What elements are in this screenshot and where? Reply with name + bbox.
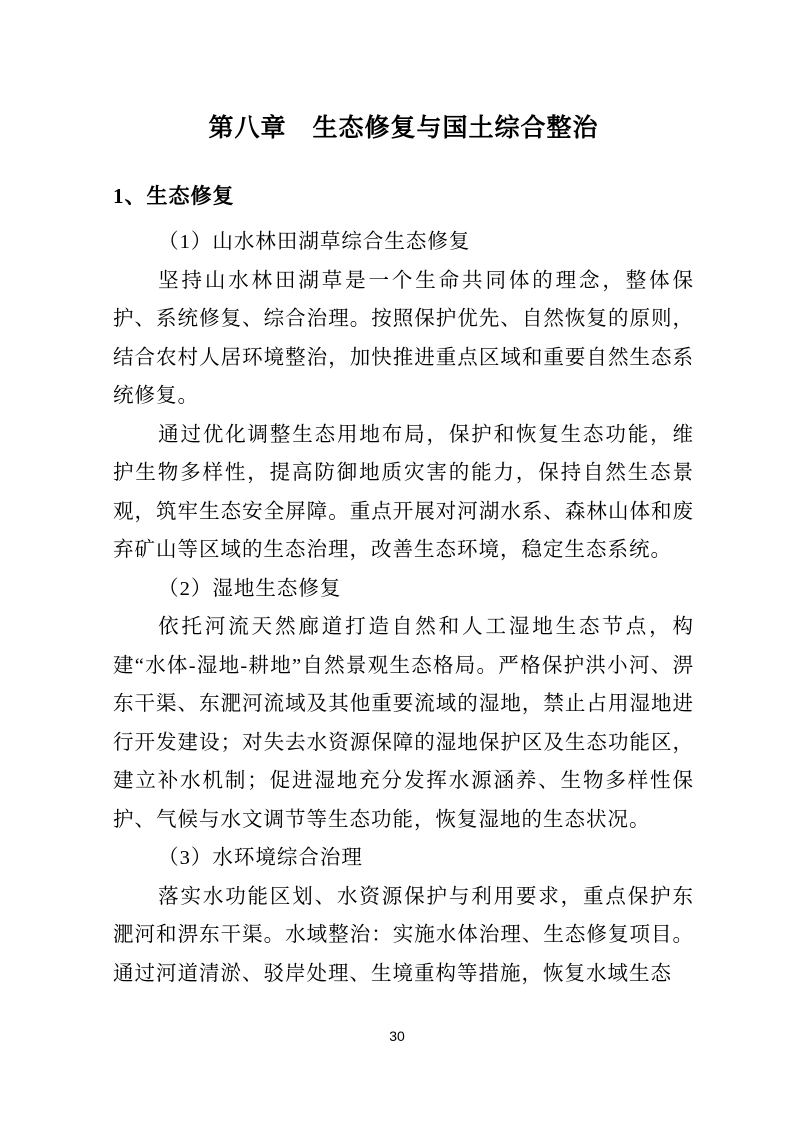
page-number: 30 — [0, 1028, 794, 1044]
chapter-title: 第八章 生态修复与国土综合整治 — [113, 112, 694, 146]
section-heading: 1、生态修复 — [113, 183, 694, 209]
subsection-heading-1: （1）山水林田湖草综合生态修复 — [113, 223, 694, 262]
paragraph: 落实水功能区划、水资源保护与利用要求，重点保护东淝河和淠东干渠。水域整治：实施水… — [113, 878, 694, 994]
paragraph: 坚持山水林田湖草是一个生命共同体的理念，整体保护、系统修复、综合治理。按照保护优… — [113, 262, 694, 416]
paragraph: 通过优化调整生态用地布局，保护和恢复生态功能，维护生物多样性，提高防御地质灾害的… — [113, 416, 694, 570]
document-page: 第八章 生态修复与国土综合整治 1、生态修复 （1）山水林田湖草综合生态修复 坚… — [0, 0, 794, 1122]
subsection-heading-2: （2）湿地生态修复 — [113, 570, 694, 609]
paragraph: 依托河流天然廊道打造自然和人工湿地生态节点，构建“水体-湿地-耕地”自然景观生态… — [113, 608, 694, 839]
body-text-block: （1）山水林田湖草综合生态修复 坚持山水林田湖草是一个生命共同体的理念，整体保护… — [113, 223, 694, 993]
subsection-heading-3: （3）水环境综合治理 — [113, 839, 694, 878]
